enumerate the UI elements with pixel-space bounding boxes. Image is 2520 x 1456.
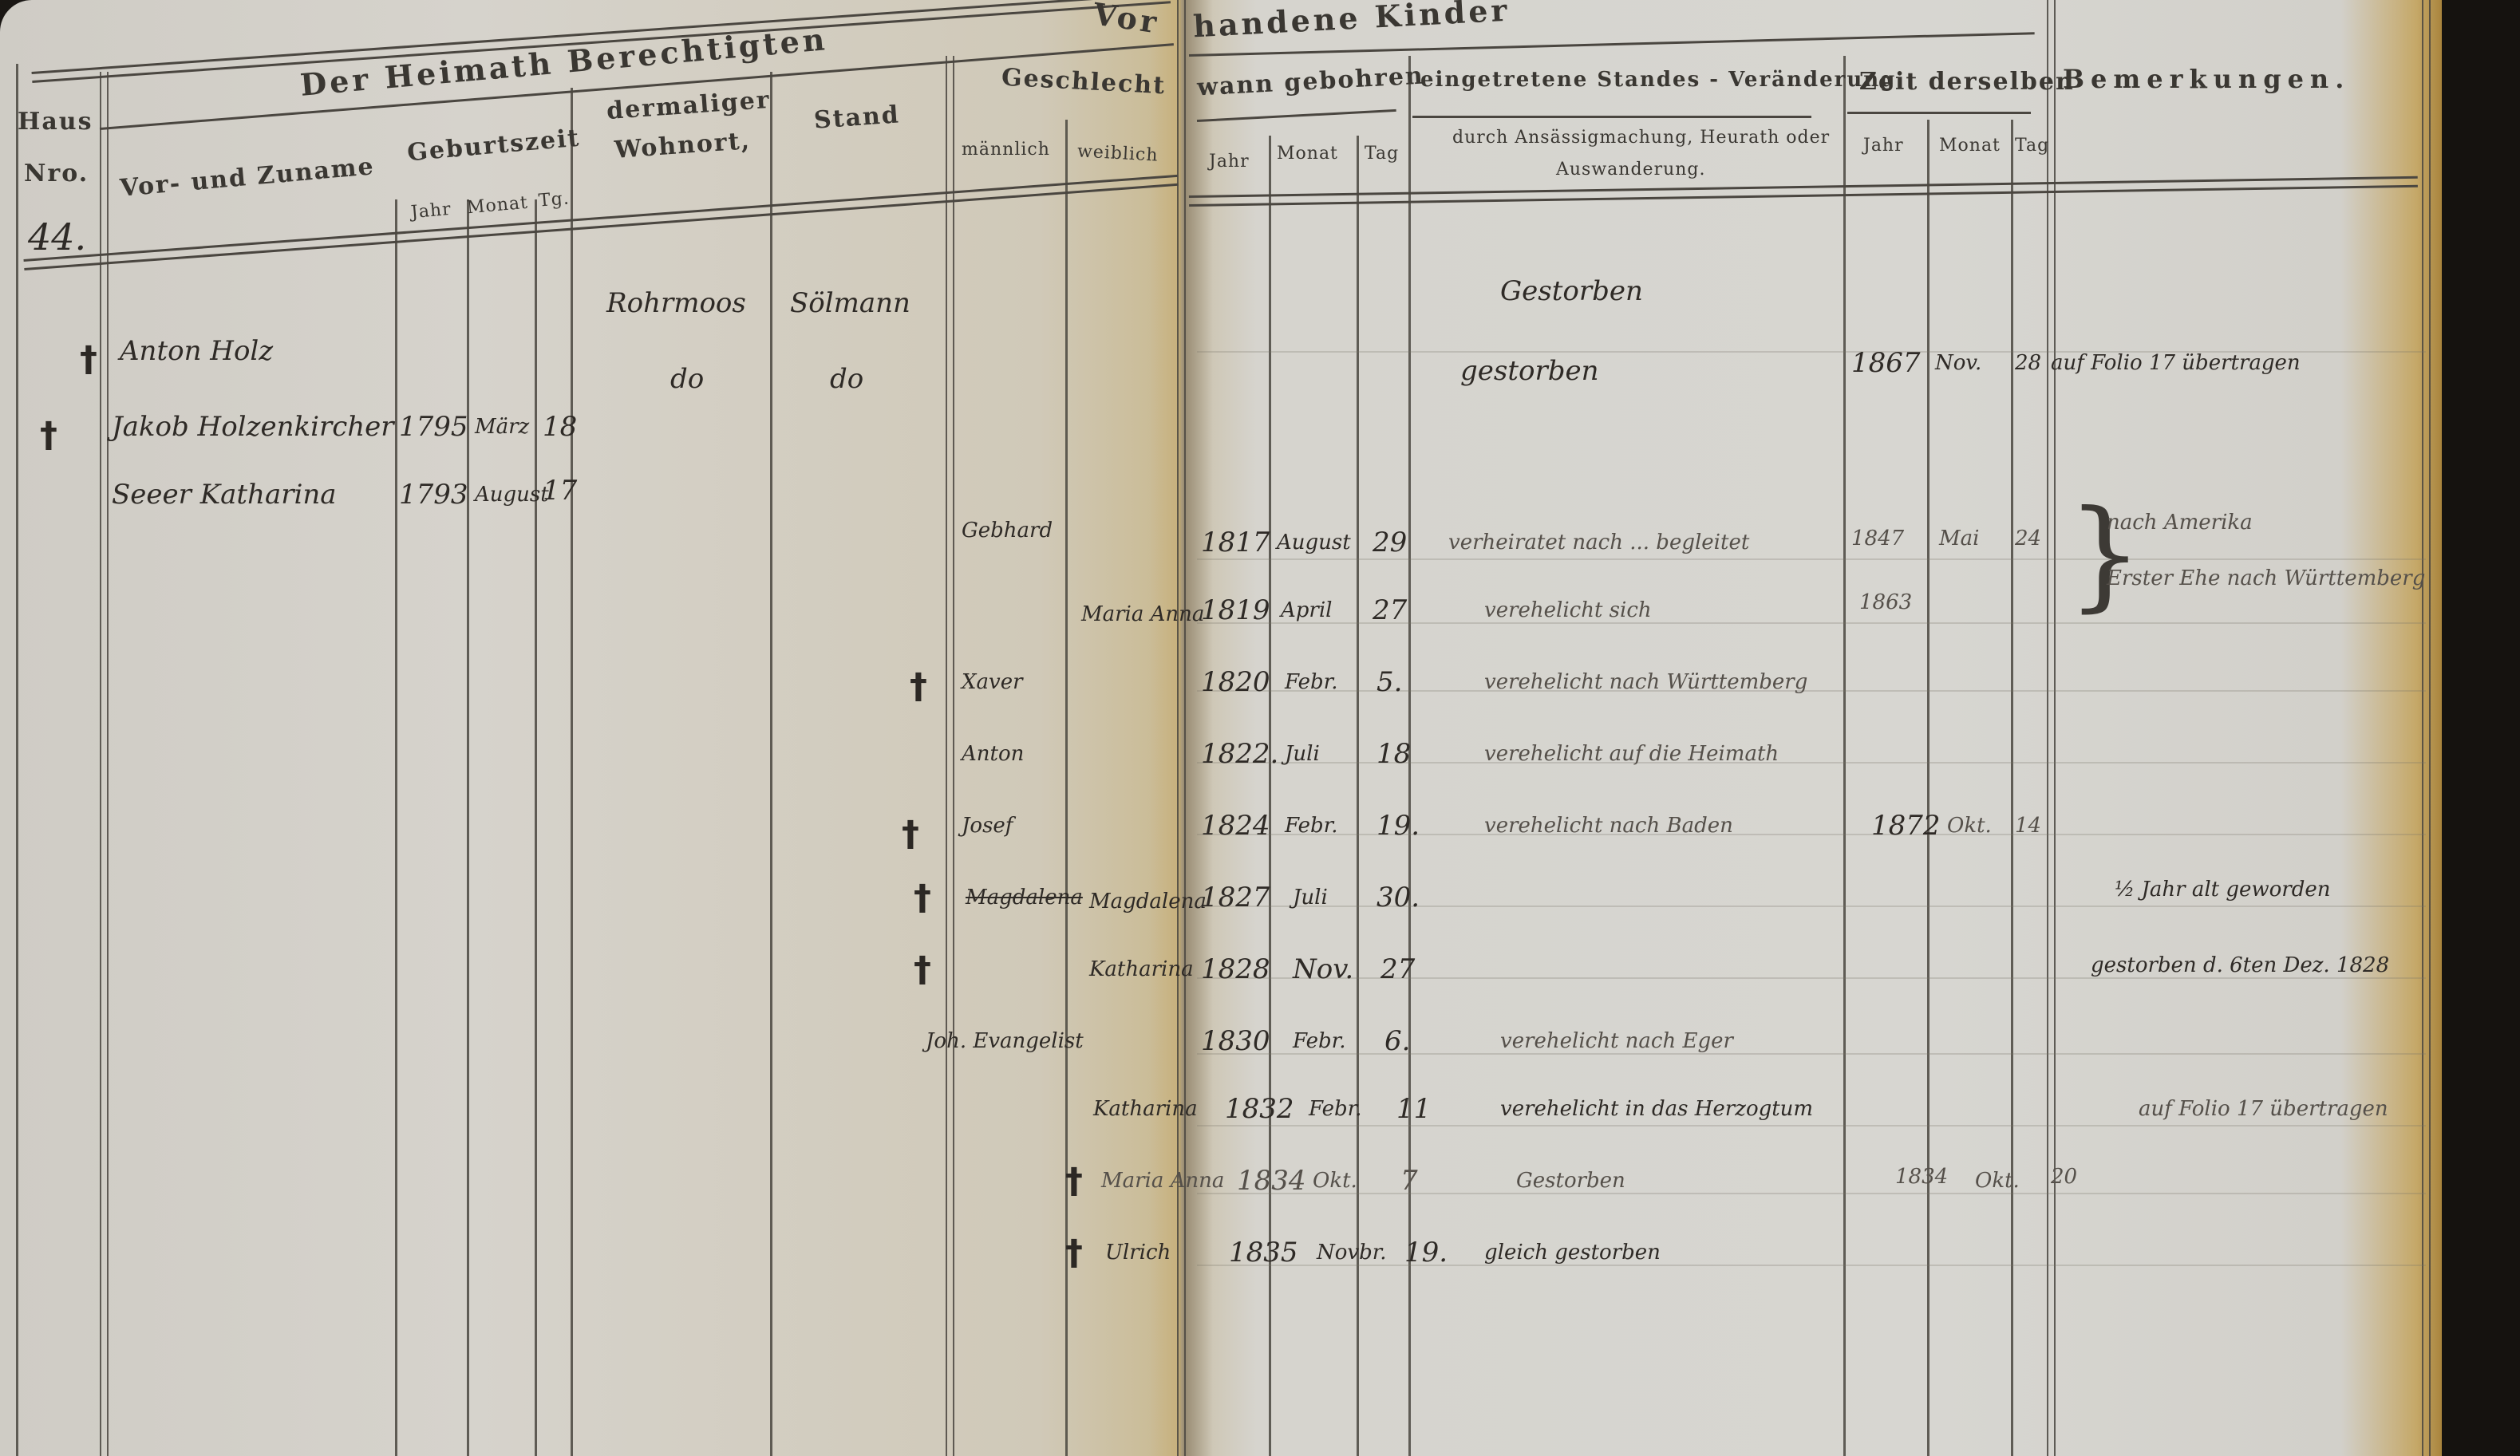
parent-note-remark: auf Folio 17 übertragen [2051, 351, 2301, 375]
ruled-line [1197, 1265, 2426, 1266]
entry-birth-month: August [475, 483, 549, 507]
header-time: Zeit derselben [1859, 68, 2075, 96]
child-born-year: 1827 [1201, 882, 1270, 913]
child-born-month: Febr. [1285, 814, 1338, 838]
header-sex-female: weiblich [1076, 141, 1159, 165]
child-born-year: 1830 [1201, 1025, 1270, 1057]
child-change: Gestorben [1516, 1169, 1625, 1193]
child-born-year: 1822. [1201, 738, 1278, 770]
header-house-nro: Nro. [24, 160, 89, 187]
child-born-month: April [1281, 598, 1332, 622]
child-change-month: Okt. [1947, 814, 1992, 838]
col-line-month [535, 199, 537, 1456]
header-birth-day: Tg. [538, 188, 571, 211]
child-change: verheiratet nach ... begleitet [1448, 531, 1749, 554]
child-remark: ½ Jahr alt geworden [2115, 878, 2331, 902]
child-female-name: Magdalena [1089, 890, 1207, 913]
child-born-day: 18 [1377, 738, 1411, 770]
child-change: gleich gestorben [1484, 1241, 1661, 1265]
entry-birth-year: 1795 [399, 411, 468, 443]
child-female-name: Maria Anna [1081, 602, 1204, 626]
death-cross-icon: † [914, 878, 931, 918]
child-change-day: 20 [2051, 1165, 2077, 1189]
entry-name: Seeer Katharina [112, 479, 337, 511]
death-cross-icon: † [1065, 1233, 1083, 1273]
child-change-year: 1872 [1871, 810, 1941, 842]
child-change: verehelicht sich [1484, 598, 1652, 622]
house-number: 44. [28, 215, 86, 258]
entry-birth-month: März [475, 415, 529, 439]
parent-note-month: Nov. [1935, 351, 1981, 375]
child-male-name: Joh. Evangelist [926, 1029, 1084, 1053]
entry-name: Jakob Holzenkircher [112, 411, 394, 443]
child-change: verehelicht nach Württemberg [1484, 670, 1807, 694]
col-line-name [395, 199, 397, 1456]
header-born-year: Jahr [1209, 152, 1250, 172]
child-born-month: Nov. [1293, 953, 1353, 985]
child-born-month: Juli [1293, 886, 1328, 910]
entry-residence: do [670, 363, 704, 395]
child-born-day: 7 [1400, 1165, 1418, 1197]
open-register-book: Der Heimath Berechtigten Haus Nro. 44. V… [0, 0, 2520, 1456]
header-change-sub-1: durch Ansässigmachung, Heurath oder [1452, 128, 1830, 148]
child-born-year: 1834 [1237, 1165, 1306, 1197]
col-line-day [571, 88, 573, 1456]
child-male-name: Josef [962, 814, 1013, 838]
death-cross-icon: † [1065, 1161, 1083, 1201]
child-born-day: 6. [1384, 1025, 1410, 1057]
child-born-day: 27 [1373, 594, 1407, 626]
child-born-day: 29 [1373, 527, 1407, 558]
entry-birth-year: 1793 [399, 479, 468, 511]
header-remarks: Bemerkungen. [2063, 64, 2350, 94]
child-change: verehelicht auf die Heimath [1484, 742, 1779, 766]
header-time-year: Jahr [1863, 136, 1904, 156]
death-cross-icon: † [902, 814, 919, 854]
child-born-day: 19. [1377, 810, 1420, 842]
child-born-day: 5. [1377, 666, 1402, 698]
child-female-name: Katharina [1089, 957, 1194, 981]
child-born-month: Novbr. [1317, 1241, 1387, 1265]
col-line [16, 64, 18, 1456]
entry-residence: Rohrmoos [606, 287, 746, 319]
col-line-female [1177, 0, 1186, 1456]
ruled-line [1197, 1053, 2426, 1055]
child-male-name: Xaver [962, 670, 1023, 694]
header-status: Stand [813, 101, 901, 134]
child-born-day: 27 [1380, 953, 1415, 985]
col-line-remarks [2422, 0, 2431, 1456]
ruled-line [1197, 1193, 2426, 1194]
child-change-day: 14 [2015, 814, 2041, 838]
entry-status: Sölmann [790, 287, 910, 319]
child-change-month: Okt. [1975, 1169, 2020, 1193]
death-cross-icon: † [80, 339, 97, 380]
child-born-year: 1824 [1201, 810, 1270, 842]
death-cross-icon: † [910, 666, 927, 707]
parent-note: Gestorben [1500, 275, 1643, 307]
col-line-change [1843, 56, 1846, 1456]
header-time-day: Tag [2015, 136, 2049, 156]
header-house-label: Haus [18, 108, 93, 136]
entry-birth-day: 18 [543, 411, 577, 443]
dark-background [2442, 0, 2520, 1456]
child-born-month: Juli [1285, 742, 1320, 766]
child-born-year: 1835 [1229, 1237, 1298, 1269]
child-male-name: Maria Anna [1101, 1169, 1224, 1193]
ruled-line [1197, 558, 2426, 560]
change-sub-rule [1412, 116, 1811, 118]
col-line-time-year [1927, 120, 1929, 1456]
child-born-day: 11 [1396, 1093, 1431, 1125]
child-born-month: Febr. [1293, 1029, 1346, 1053]
child-change-year: 1863 [1859, 590, 1912, 614]
child-male-name-struck: Magdalena [966, 886, 1083, 910]
child-change-day: 24 [2015, 527, 2041, 550]
child-remark: auf Folio 17 übertragen [2139, 1097, 2388, 1121]
child-born-year: 1832 [1225, 1093, 1294, 1125]
child-born-year: 1819 [1201, 594, 1270, 626]
child-born-month: Febr. [1309, 1097, 1362, 1121]
child-born-month: Febr. [1285, 670, 1338, 694]
time-sub-rule [1847, 112, 2031, 114]
child-change: verehelicht nach Eger [1500, 1029, 1733, 1053]
child-change-year: 1847 [1851, 527, 1904, 550]
col-line-status [946, 56, 954, 1456]
child-born-year: 1817 [1201, 527, 1270, 558]
child-change-month: Mai [1939, 527, 1979, 550]
child-change: verehelicht nach Baden [1484, 814, 1733, 838]
entry-status: do [830, 363, 863, 395]
header-change-sub-2: Auswanderung. [1556, 160, 1706, 180]
child-remark: nach Amerika [2107, 511, 2253, 535]
header-born-day: Tag [1365, 144, 1399, 164]
child-remark: gestorben d. 6ten Dez. 1828 [2091, 953, 2389, 977]
child-remark: Erster Ehe nach Württemberg [2107, 566, 2425, 590]
child-male-name: Anton [962, 742, 1024, 766]
child-male-name: Gebhard [962, 519, 1053, 543]
right-page [1181, 0, 2442, 1456]
child-born-day: 30. [1377, 882, 1420, 913]
header-born-month: Monat [1277, 144, 1338, 164]
header-birth-year: Jahr [410, 199, 452, 223]
col-line-time-day [2047, 0, 2056, 1456]
header-sex-male: männlich [962, 140, 1050, 160]
col-line-year [467, 199, 469, 1456]
col-line-house [100, 72, 109, 1456]
death-cross-icon: † [40, 415, 57, 456]
parent-note-day: 28 [2015, 351, 2041, 375]
header-time-month: Monat [1939, 136, 2001, 156]
death-cross-icon: † [914, 949, 931, 990]
child-female-name: Katharina [1093, 1097, 1198, 1121]
col-line-residence [770, 72, 772, 1456]
child-born-month: Okt. [1313, 1169, 1357, 1193]
col-line-time-month [2011, 120, 2013, 1456]
child-born-year: 1820 [1201, 666, 1270, 698]
child-change: verehelicht in das Herzogtum [1500, 1097, 1813, 1121]
entry-name: Anton Holz [120, 335, 273, 367]
ruled-line [1197, 1125, 2426, 1127]
child-born-month: August [1277, 531, 1351, 554]
child-male-name: Ulrich [1105, 1241, 1171, 1265]
parent-note-year: 1867 [1851, 347, 1921, 379]
entry-birth-day: 17 [543, 475, 577, 507]
child-born-year: 1828 [1201, 953, 1270, 985]
child-born-day: 19. [1404, 1237, 1448, 1269]
child-change-year: 1834 [1895, 1165, 1948, 1189]
parent-note: gestorben [1460, 355, 1599, 387]
header-change: eingetretene Standes - Veränderung [1420, 68, 1896, 92]
